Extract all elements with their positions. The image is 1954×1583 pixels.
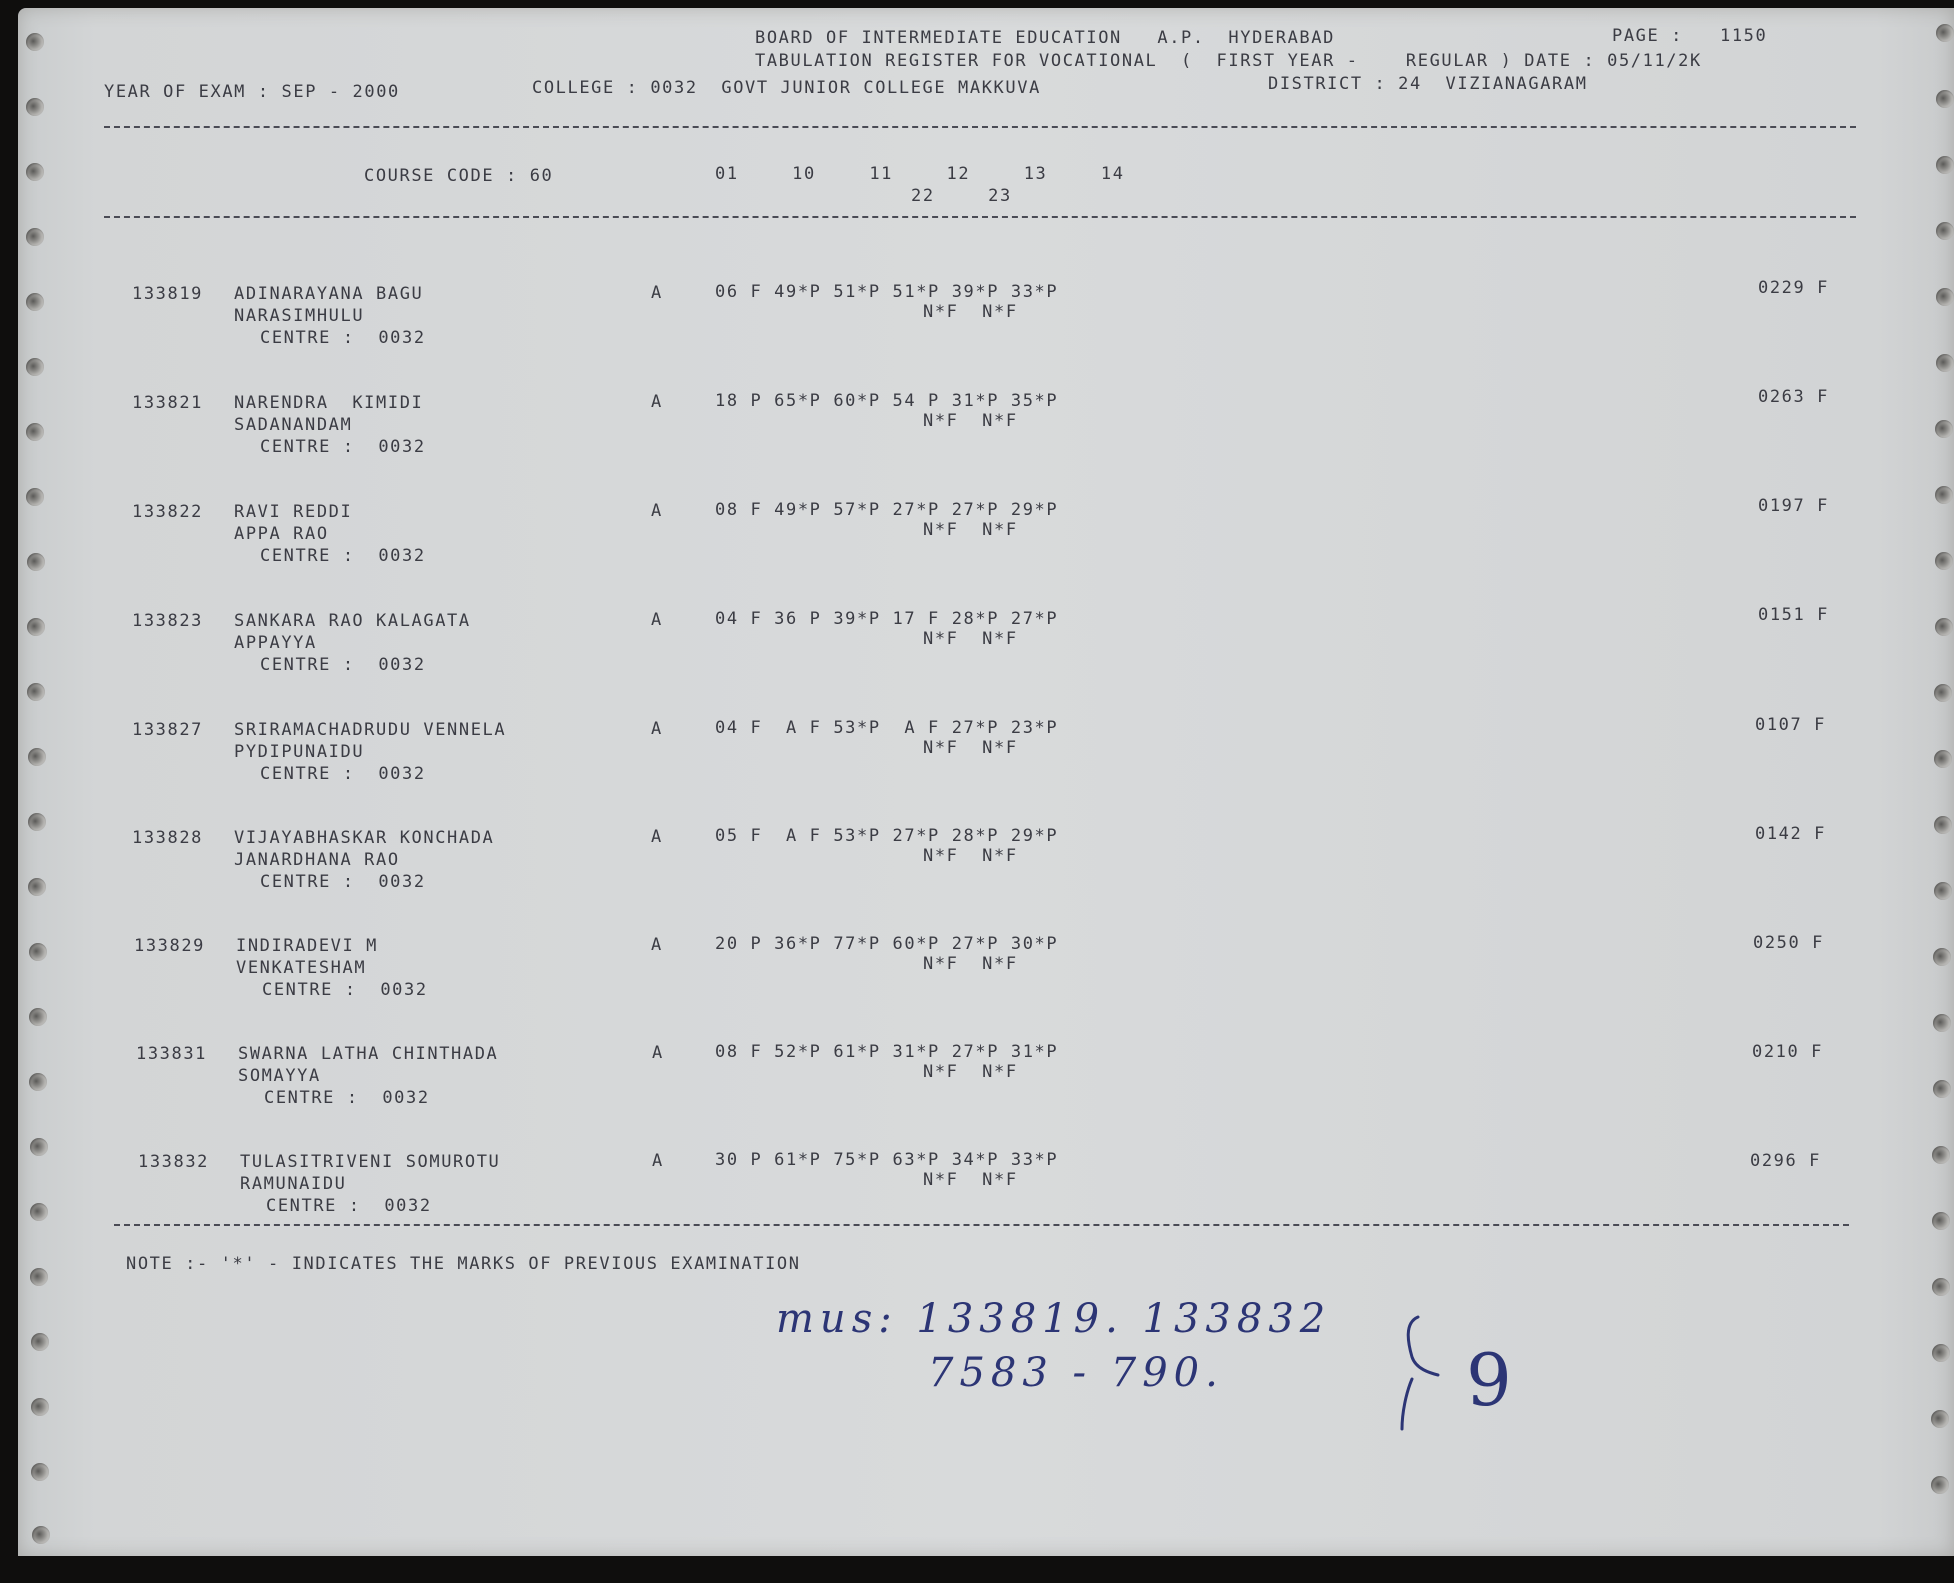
father-name: APPA RAO — [234, 524, 329, 544]
subject-codes-row1: 01 10 11 12 13 14 — [715, 164, 1125, 184]
total-result: 0229 F — [1758, 278, 1829, 298]
hall-ticket-number: 133831 — [136, 1044, 207, 1064]
candidate-name: SANKARA RAO KALAGATA — [234, 611, 471, 631]
table-row: 133828 VIJAYABHASKAR KONCHADA JANARDHANA… — [18, 816, 1954, 916]
sub-marks: N*F N*F — [923, 629, 1018, 649]
centre-code: CENTRE : 0032 — [260, 764, 426, 784]
father-name: VENKATESHAM — [236, 958, 366, 978]
candidate-name: ADINARAYANA BAGU — [234, 284, 423, 304]
column-header-divider — [104, 216, 1856, 218]
year-of-exam: YEAR OF EXAM : SEP - 2000 — [104, 82, 400, 102]
feed-hole-icon — [1932, 1344, 1950, 1362]
handwritten-range: mus: 133819. 133832 — [776, 1296, 1331, 1342]
feed-hole-icon — [31, 1333, 49, 1351]
course-code: COURSE CODE : 60 — [364, 166, 553, 186]
father-name: RAMUNAIDU — [240, 1174, 347, 1194]
table-row: 133827 SRIRAMACHADRUDU VENNELA PYDIPUNAI… — [18, 708, 1954, 808]
page-label: PAGE : — [1612, 26, 1683, 46]
sub-marks: N*F N*F — [923, 846, 1018, 866]
medium-code: A — [651, 610, 663, 630]
subject-codes-row2: 22 23 — [911, 186, 1012, 206]
candidate-name: TULASITRIVENI SOMUROTU — [240, 1152, 500, 1172]
feed-hole-icon — [1936, 90, 1954, 108]
subject-marks: 20 P 36*P 77*P 60*P 27*P 30*P — [715, 934, 1058, 954]
total-result: 0263 F — [1758, 387, 1829, 407]
register-title: TABULATION REGISTER FOR VOCATIONAL ( FIR… — [755, 51, 1702, 71]
centre-code: CENTRE : 0032 — [260, 872, 426, 892]
board-title: BOARD OF INTERMEDIATE EDUCATION A.P. HYD… — [755, 28, 1335, 48]
father-name: NARASIMHULU — [234, 306, 364, 326]
table-row: 133823 SANKARA RAO KALAGATA APPAYYA CENT… — [18, 599, 1954, 699]
subject-marks: 06 F 49*P 51*P 51*P 39*P 33*P — [715, 282, 1058, 302]
father-name: SADANANDAM — [234, 415, 352, 435]
medium-code: A — [651, 935, 663, 955]
candidate-name: SRIRAMACHADRUDU VENNELA — [234, 720, 506, 740]
centre-code: CENTRE : 0032 — [260, 328, 426, 348]
hall-ticket-number: 133821 — [132, 393, 203, 413]
medium-code: A — [651, 392, 663, 412]
hall-ticket-number: 133829 — [134, 936, 205, 956]
table-row: 133822 RAVI REDDI APPA RAO CENTRE : 0032… — [18, 490, 1954, 590]
medium-code: A — [651, 501, 663, 521]
father-name: PYDIPUNAIDU — [234, 742, 364, 762]
subject-marks: 08 F 49*P 57*P 27*P 27*P 29*P — [715, 500, 1058, 520]
feed-hole-icon — [31, 1463, 49, 1481]
hall-ticket-number: 133822 — [132, 502, 203, 522]
handwritten-count: 9 — [1466, 1338, 1518, 1422]
subject-marks: 30 P 61*P 75*P 63*P 34*P 33*P — [715, 1150, 1058, 1170]
feed-hole-icon — [26, 228, 44, 246]
subject-marks: 18 P 65*P 60*P 54 P 31*P 35*P — [715, 391, 1058, 411]
curly-brace-icon — [1390, 1313, 1450, 1433]
sub-marks: N*F N*F — [923, 520, 1018, 540]
feed-hole-icon — [26, 98, 44, 116]
centre-code: CENTRE : 0032 — [260, 655, 426, 675]
father-name: SOMAYYA — [238, 1066, 321, 1086]
father-name: JANARDHANA RAO — [234, 850, 400, 870]
hall-ticket-number: 133823 — [132, 611, 203, 631]
medium-code: A — [651, 283, 663, 303]
candidate-name: VIJAYABHASKAR KONCHADA — [234, 828, 494, 848]
hall-ticket-number: 133832 — [138, 1152, 209, 1172]
subject-marks: 05 F A F 53*P 27*P 28*P 29*P — [715, 826, 1058, 846]
centre-code: CENTRE : 0032 — [260, 437, 426, 457]
medium-code: A — [651, 827, 663, 847]
feed-hole-icon — [30, 1268, 48, 1286]
centre-code: CENTRE : 0032 — [262, 980, 428, 1000]
total-result: 0250 F — [1753, 933, 1824, 953]
candidate-name: SWARNA LATHA CHINTHADA — [238, 1044, 498, 1064]
total-result: 0197 F — [1758, 496, 1829, 516]
feed-hole-icon — [1932, 1278, 1950, 1296]
subject-marks: 08 F 52*P 61*P 31*P 27*P 31*P — [715, 1042, 1058, 1062]
sub-marks: N*F N*F — [923, 1170, 1018, 1190]
subject-marks: 04 F 36 P 39*P 17 F 28*P 27*P — [715, 609, 1058, 629]
feed-hole-icon — [26, 163, 44, 181]
medium-code: A — [651, 719, 663, 739]
sub-marks: N*F N*F — [923, 411, 1018, 431]
candidate-name: NARENDRA KIMIDI — [234, 393, 423, 413]
feed-hole-icon — [26, 33, 44, 51]
table-row: 133831 SWARNA LATHA CHINTHADA SOMAYYA CE… — [18, 1032, 1954, 1132]
total-result: 0151 F — [1758, 605, 1829, 625]
medium-code: A — [652, 1151, 664, 1171]
medium-code: A — [652, 1043, 664, 1063]
sub-marks: N*F N*F — [923, 1062, 1018, 1082]
table-row: 133821 NARENDRA KIMIDI SADANANDAM CENTRE… — [18, 381, 1954, 481]
candidate-name: INDIRADEVI M — [236, 936, 378, 956]
feed-hole-icon — [31, 1398, 49, 1416]
feed-hole-icon — [1931, 1476, 1949, 1494]
header-divider — [104, 126, 1856, 128]
college-info: COLLEGE : 0032 GOVT JUNIOR COLLEGE MAKKU… — [532, 78, 1041, 98]
feed-hole-icon — [1936, 24, 1954, 42]
centre-code: CENTRE : 0032 — [266, 1196, 432, 1216]
feed-hole-icon — [1936, 156, 1954, 174]
district-info: DISTRICT : 24 VIZIANAGARAM — [1268, 74, 1588, 94]
feed-hole-icon — [1931, 1410, 1949, 1428]
hall-ticket-number: 133828 — [132, 828, 203, 848]
candidate-name: RAVI REDDI — [234, 502, 352, 522]
sub-marks: N*F N*F — [923, 302, 1018, 322]
hall-ticket-number: 133819 — [132, 284, 203, 304]
centre-code: CENTRE : 0032 — [264, 1088, 430, 1108]
subject-marks: 04 F A F 53*P A F 27*P 23*P — [715, 718, 1058, 738]
handwritten-numbers: 7583 - 790. — [928, 1350, 1224, 1396]
hall-ticket-number: 133827 — [132, 720, 203, 740]
tabulation-register-sheet: BOARD OF INTERMEDIATE EDUCATION A.P. HYD… — [18, 8, 1954, 1556]
centre-code: CENTRE : 0032 — [260, 546, 426, 566]
total-result: 0142 F — [1755, 824, 1826, 844]
page-number: 1150 — [1720, 26, 1767, 46]
footer-divider — [114, 1224, 1849, 1226]
father-name: APPAYYA — [234, 633, 317, 653]
footer-note: NOTE :- '*' - INDICATES THE MARKS OF PRE… — [126, 1254, 801, 1274]
feed-hole-icon — [1936, 222, 1954, 240]
feed-hole-icon — [32, 1526, 50, 1544]
table-row: 133819 ADINARAYANA BAGU NARASIMHULU CENT… — [18, 272, 1954, 372]
total-result: 0210 F — [1752, 1042, 1823, 1062]
sub-marks: N*F N*F — [923, 954, 1018, 974]
table-row: 133829 INDIRADEVI M VENKATESHAM CENTRE :… — [18, 924, 1954, 1024]
sub-marks: N*F N*F — [923, 738, 1018, 758]
total-result: 0296 F — [1750, 1151, 1821, 1171]
total-result: 0107 F — [1755, 715, 1826, 735]
